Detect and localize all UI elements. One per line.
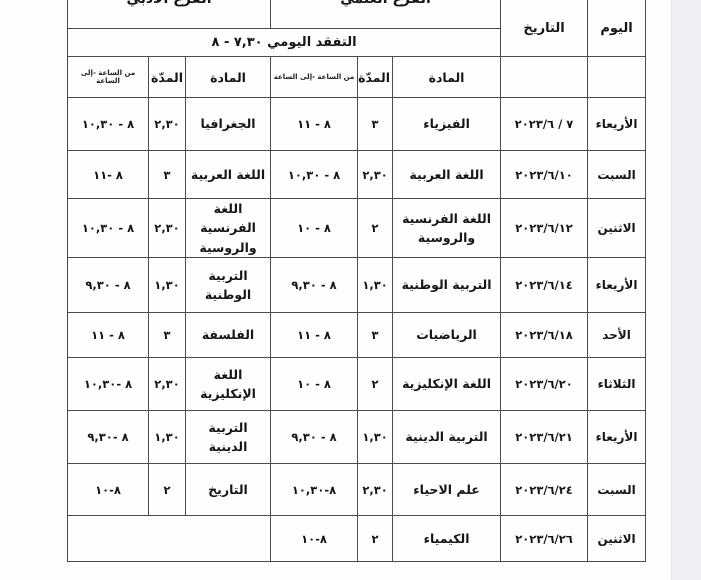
sci-duration-cell: ٢,٣٠: [358, 151, 393, 199]
lit-duration-cell: ٣: [149, 313, 186, 358]
lit-time-header: من الساعة -إلى الساعة: [68, 57, 149, 98]
sci-subject-header: المادة: [393, 57, 501, 98]
sci-duration-header: المدّة: [358, 57, 393, 98]
lit-subject-header: المادة: [186, 57, 271, 98]
lit-time-cell: ٨ - ١٠,٣٠: [68, 199, 149, 258]
lit-subject-cell: اللغة العربية: [186, 151, 271, 199]
sci-subject-cell: اللغة الفرنسية والروسية: [393, 199, 501, 258]
date-cell: ٢٠٢٣/٦/١٨: [501, 313, 588, 358]
table-row: السبت ٢٠٢٣/٦/١٠ اللغة العربية ٢,٣٠ ٨ - ١…: [68, 151, 646, 199]
lit-time-cell: ٨ - ١٠,٣٠: [68, 98, 149, 151]
lit-duration-cell: ٢: [149, 464, 186, 516]
sci-time-cell: ٨-١٠,٣٠: [271, 464, 358, 516]
scanned-exam-schedule-page: { "page": { "background": "#fdfdfd", "ri…: [0, 0, 701, 580]
sci-subject-cell: التربية الوطنية: [393, 258, 501, 313]
sci-subject-cell: الكيمياء: [393, 516, 501, 562]
sci-subject-cell: علم الاحياء: [393, 464, 501, 516]
lit-subject-cell: اللغة الإنكليزية: [186, 358, 271, 411]
table-row: الأريعاء ٢٠٢٣/٦/٢١ التربية الدينية ١,٣٠ …: [68, 411, 646, 464]
scientific-branch-header: الفرع العلمي: [271, 0, 501, 29]
page-edge-strip: [671, 0, 701, 580]
lit-time-cell: ٨ -٩,٣٠: [68, 411, 149, 464]
day-cell: السبت: [588, 464, 646, 516]
schedule-body: الأريعاء ٧ / ٢٠٢٣/٦ الفيزياء ٣ ٨ - ١١ ال…: [68, 98, 646, 562]
lit-duration-cell: ١,٣٠: [149, 258, 186, 313]
sci-duration-cell: ٢: [358, 358, 393, 411]
day-cell: الاثنين: [588, 199, 646, 258]
sci-duration-cell: ٢: [358, 516, 393, 562]
day-cell: الأريعاء: [588, 411, 646, 464]
empty-merged-cell: [68, 516, 271, 562]
date-cell: ٢٠٢٣/٦/١٢: [501, 199, 588, 258]
sci-subject-cell: الرياضيات: [393, 313, 501, 358]
lit-time-cell: ٨ -١١: [68, 151, 149, 199]
date-cell: ٢٠٢٣/٦/٢٦: [501, 516, 588, 562]
day-cell: السبت: [588, 151, 646, 199]
day-column-header: اليوم: [588, 0, 646, 57]
lit-time-cell: ٨ -١٠,٣٠: [68, 358, 149, 411]
date-column-header: التاريخ: [501, 0, 588, 57]
sci-duration-cell: ١,٣٠: [358, 258, 393, 313]
lit-duration-cell: ١,٣٠: [149, 411, 186, 464]
day-header-spacer: [588, 57, 646, 98]
date-cell: ٢٠٢٣/٦/١٠: [501, 151, 588, 199]
lit-duration-cell: ٢,٣٠: [149, 358, 186, 411]
day-cell: الاثنين: [588, 516, 646, 562]
lit-subject-cell: التربية الدينية: [186, 411, 271, 464]
sci-time-cell: ٨ - ١٠: [271, 199, 358, 258]
daily-inspection-note: التفقد اليومي ٧,٣٠ - ٨: [68, 29, 501, 57]
column-header-row: المادة المدّة من الساعة -إلى الساعة الما…: [68, 57, 646, 98]
day-cell: الأحد: [588, 313, 646, 358]
sci-time-cell: ٨ - ٩,٣٠: [271, 258, 358, 313]
lit-time-cell: ٨ - ١١: [68, 313, 149, 358]
table-row: الاثنين ٢٠٢٣/٦/١٢ اللغة الفرنسية والروسي…: [68, 199, 646, 258]
lit-subject-cell: التربية الوطنية: [186, 258, 271, 313]
date-header-spacer: [501, 57, 588, 98]
sci-subject-cell: التربية الدينية: [393, 411, 501, 464]
lit-subject-cell: الفلسفة: [186, 313, 271, 358]
day-cell: الأريعاء: [588, 98, 646, 151]
sci-duration-cell: ٣: [358, 98, 393, 151]
lit-duration-header: المدّة: [149, 57, 186, 98]
sci-time-cell: ٨ - ١٠,٣٠: [271, 151, 358, 199]
lit-subject-cell: الجغرافيا: [186, 98, 271, 151]
lit-duration-cell: ٢,٣٠: [149, 98, 186, 151]
sci-subject-cell: الفيزياء: [393, 98, 501, 151]
table-row: الأريعاء ٢٠٢٣/٦/١٤ التربية الوطنية ١,٣٠ …: [68, 258, 646, 313]
table-row: الثلاثاء ٢٠٢٣/٦/٢٠ اللغة الإنكليزية ٢ ٨ …: [68, 358, 646, 411]
sci-subject-cell: اللغة العربية: [393, 151, 501, 199]
sci-time-cell: ٨ - ٩,٣٠: [271, 411, 358, 464]
sci-duration-cell: ٢,٣٠: [358, 464, 393, 516]
table-row: الاثنين ٢٠٢٣/٦/٢٦ الكيمياء ٢ ٨-١٠: [68, 516, 646, 562]
sci-time-cell: ٨-١٠: [271, 516, 358, 562]
date-cell: ٢٠٢٣/٦/١٤: [501, 258, 588, 313]
sci-subject-cell: اللغة الإنكليزية: [393, 358, 501, 411]
sci-duration-cell: ٣: [358, 313, 393, 358]
lit-subject-cell: اللغة الفرنسية والروسية: [186, 199, 271, 258]
date-cell: ٧ / ٢٠٢٣/٦: [501, 98, 588, 151]
date-cell: ٢٠٢٣/٦/٢٤: [501, 464, 588, 516]
sci-time-cell: ٨ - ١١: [271, 313, 358, 358]
date-cell: ٢٠٢٣/٦/٢١: [501, 411, 588, 464]
lit-subject-cell: التاريخ: [186, 464, 271, 516]
literary-branch-label: الفرع الأدبي: [70, 0, 268, 12]
lit-duration-cell: ٢,٣٠: [149, 199, 186, 258]
sci-duration-cell: ١,٣٠: [358, 411, 393, 464]
table-row: السبت ٢٠٢٣/٦/٢٤ علم الاحياء ٢,٣٠ ٨-١٠,٣٠…: [68, 464, 646, 516]
date-cell: ٢٠٢٣/٦/٢٠: [501, 358, 588, 411]
literary-branch-header: الفرع الأدبي: [68, 0, 271, 29]
exam-schedule-table: اليوم التاريخ الفرع العلمي الفرع الأدبي …: [67, 0, 646, 562]
lit-time-cell: ٨-١٠: [68, 464, 149, 516]
sci-time-cell: ٨ - ١١: [271, 98, 358, 151]
sci-time-header: من الساعة -إلى الساعة: [271, 57, 358, 98]
lit-duration-cell: ٣: [149, 151, 186, 199]
scientific-branch-label: الفرع العلمي: [273, 0, 498, 12]
day-cell: الثلاثاء: [588, 358, 646, 411]
table-row: الأحد ٢٠٢٣/٦/١٨ الرياضيات ٣ ٨ - ١١ الفلس…: [68, 313, 646, 358]
lit-time-cell: ٨ - ٩,٣٠: [68, 258, 149, 313]
sci-duration-cell: ٢: [358, 199, 393, 258]
sci-time-cell: ٨ - ١٠: [271, 358, 358, 411]
table-row: الأريعاء ٧ / ٢٠٢٣/٦ الفيزياء ٣ ٨ - ١١ ال…: [68, 98, 646, 151]
branch-header-row: اليوم التاريخ الفرع العلمي الفرع الأدبي: [68, 0, 646, 29]
day-cell: الأريعاء: [588, 258, 646, 313]
